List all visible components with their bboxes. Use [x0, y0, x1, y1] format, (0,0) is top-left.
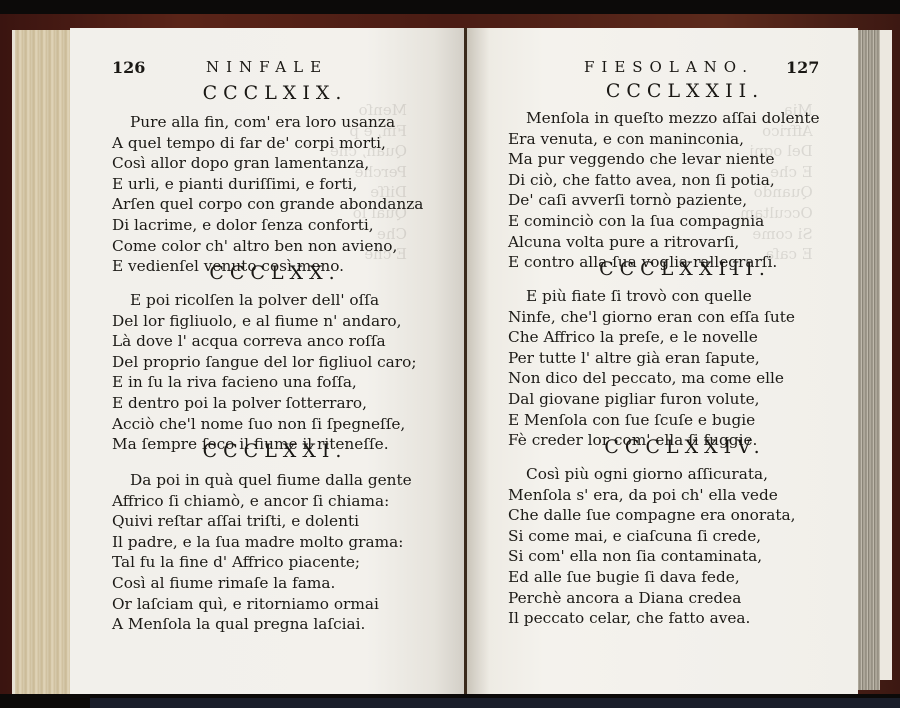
running-head-text: FIESOLANO. — [584, 58, 754, 76]
running-head-text: NINFALE — [206, 58, 328, 76]
verse-line: Quivi reſtar aſſai triſti, e dolenti — [112, 511, 412, 532]
verse-line: Come color ch' altro ben non avieno, — [112, 236, 423, 257]
stanza-number: CCCLXX. — [150, 262, 400, 284]
stanza-verse: Pure alla fin, com' era loro usanza A qu… — [112, 112, 423, 277]
page-number-text: 127 — [786, 58, 819, 77]
verse-line: Menſola in queſto mezzo aſſai dolente — [508, 108, 820, 129]
verse-line: E Menſola con ſue ſcuſe e bugie — [508, 410, 795, 431]
verse-line: E più fiate ſi trovò con quelle — [508, 286, 795, 307]
verse-line: Alcuna volta pure a ritrovarſi, — [508, 232, 820, 253]
page-edges-right — [856, 30, 880, 690]
stanza-verse: Menſola in queſto mezzo aſſai dolente Er… — [508, 108, 820, 273]
verse-line: Il padre, e la ſua madre molto grama: — [112, 532, 412, 553]
stanza-number: CCCLXIX. — [150, 82, 400, 104]
cover-edge-right — [880, 30, 892, 680]
book-gutter — [464, 28, 467, 694]
verse-line: Di lacrime, e dolor ſenza conforti, — [112, 215, 423, 236]
stanza-verse: E poi ricolſen la polver dell' oſſa Del … — [112, 290, 416, 455]
verse-line: E in ſu la riva facieno una foſſa, — [112, 372, 416, 393]
verse-line: A quel tempo di far de' corpi morti, — [112, 133, 423, 154]
verse-line: De' caſi avverſi tornò paziente, — [508, 190, 820, 211]
stanza-number: CCCLXXI. — [150, 440, 400, 462]
verse-line: Affrico ſi chiamò, e ancor ſi chiama: — [112, 491, 412, 512]
verse-line: Di ciò, che fatto avea, non ſi potia, — [508, 170, 820, 191]
verse-line: Acciò che'l nome ſuo non ſi ſpegneſſe, — [112, 414, 416, 435]
verse-line: Perchè ancora a Diana credea — [508, 588, 795, 609]
verse-line: Menſola s' era, da poi ch' ella vede — [508, 485, 795, 506]
verse-line: Così più ogni giorno aſſicurata, — [508, 464, 795, 485]
page-number-right: 127 — [786, 58, 819, 77]
verse-line: Che Affrico la preſe, e le novelle — [508, 327, 795, 348]
running-head-right: FIESOLANO. — [584, 58, 754, 76]
stanza-verse: E più fiate ſi trovò con quelle Ninfe, c… — [508, 286, 795, 451]
verse-line: Del proprio ſangue del lor figliuol caro… — [112, 352, 416, 373]
verse-line: Era venuta, e con maninconia, — [508, 129, 820, 150]
verse-line: Ed alle ſue bugie ſi dava fede, — [508, 567, 795, 588]
background-surface — [90, 698, 900, 708]
verse-line: Or laſciam quì, e ritorniamo ormai — [112, 594, 412, 615]
running-head-left: NINFALE — [206, 58, 328, 76]
verse-line: Per tutte l' altre già eran ſapute, — [508, 348, 795, 369]
stanza-number: CCCLXXIII. — [560, 258, 810, 280]
verse-line: Si come mai, e ciaſcuna ſi crede, — [508, 526, 795, 547]
verse-line: E dentro poi la polver ſotterraro, — [112, 393, 416, 414]
verse-line: Così al fiume rimaſe la fama. — [112, 573, 412, 594]
verse-line: Tal fu la fine d' Affrico piacente; — [112, 552, 412, 573]
verse-line: Il peccato celar, che fatto avea. — [508, 608, 795, 629]
verse-line: Che dalle ſue compagne era onorata, — [508, 505, 795, 526]
verse-line: Non dico del peccato, ma come elle — [508, 368, 795, 389]
stanza-verse: Da poi in quà quel fiume dalla gente Aff… — [112, 470, 412, 635]
verse-line: Dal giovane pigliar furon volute, — [508, 389, 795, 410]
stanza-verse: Così più ogni giorno aſſicurata, Menſola… — [508, 464, 795, 629]
verse-line: Là dove l' acqua correva anco roſſa — [112, 331, 416, 352]
verse-line: Ma pur veggendo che levar niente — [508, 149, 820, 170]
verse-line: E poi ricolſen la polver dell' oſſa — [112, 290, 416, 311]
verse-line: Ninfe, che'l giorno eran con eſſa ſute — [508, 307, 795, 328]
stanza-number: CCCLXXIV. — [560, 436, 810, 458]
verse-line: A Menſola la qual pregna laſciai. — [112, 614, 412, 635]
stanza-number: CCCLXXII. — [560, 80, 810, 102]
verse-line: E urli, e pianti duriſſimi, e forti, — [112, 174, 423, 195]
verse-line: Del lor figliuolo, e al fiume n' andaro, — [112, 311, 416, 332]
page-edges-left — [12, 30, 77, 694]
page-number-left: 126 — [112, 58, 145, 77]
verse-line: E cominciò con la ſua compagnia — [508, 211, 820, 232]
verse-line: Così allor dopo gran lamentanza, — [112, 153, 423, 174]
verse-line: Si com' ella non ſia contaminata, — [508, 546, 795, 567]
page-number-text: 126 — [112, 58, 145, 77]
verse-line: Arſen quel corpo con grande abondanza — [112, 194, 423, 215]
verse-line: Da poi in quà quel fiume dalla gente — [112, 470, 412, 491]
verse-line: Pure alla fin, com' era loro usanza — [112, 112, 423, 133]
